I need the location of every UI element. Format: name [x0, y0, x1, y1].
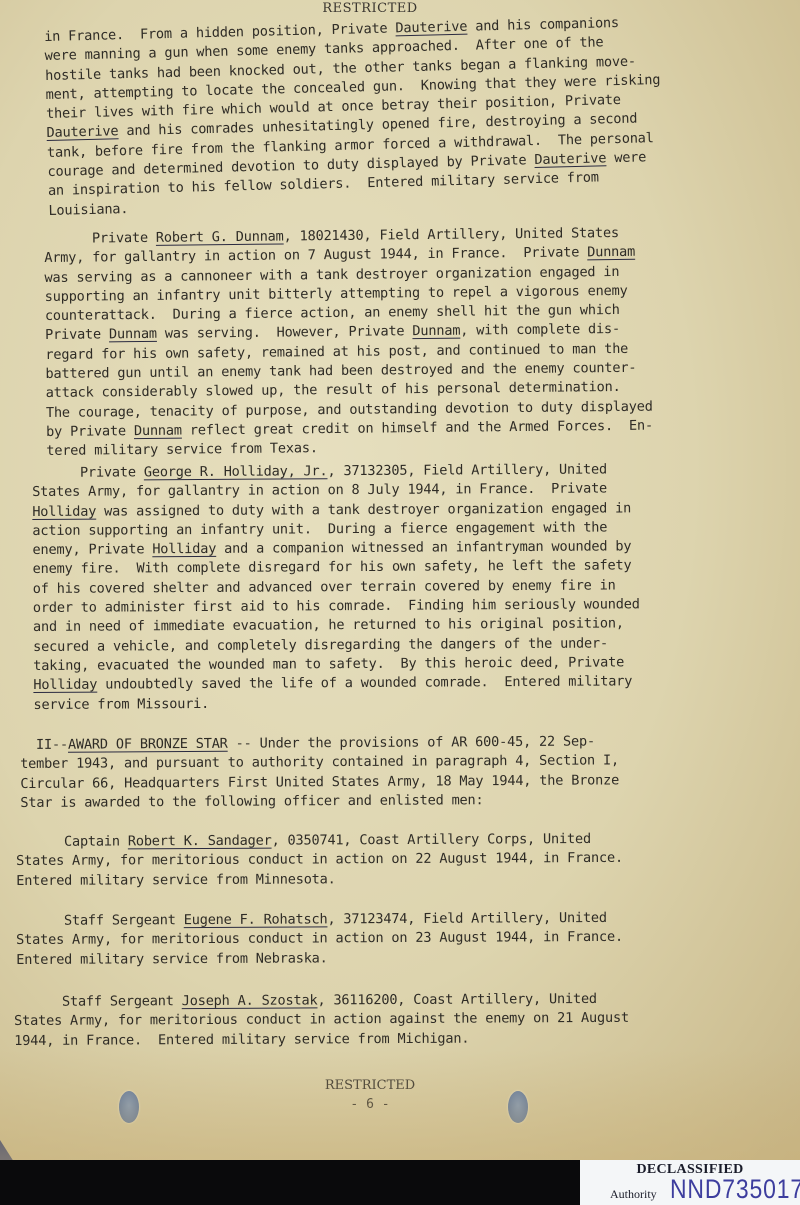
page-number: - 6 -	[0, 1097, 740, 1112]
paragraph-dunnam: Private Robert G. Dunnam, 18021430, Fiel…	[44, 222, 766, 461]
paragraph-szostak: Staff Sergeant Joseph A. Szostak, 361162…	[14, 989, 734, 1051]
underlined-name: Holliday	[152, 541, 216, 557]
underlined-name: Robert K. Sandager	[128, 833, 272, 850]
page-corner-tear	[0, 1140, 14, 1160]
text-segment: was assigned to duty with a tank destroy…	[96, 500, 631, 519]
text-segment: Private	[44, 230, 156, 247]
text-segment: Private	[32, 464, 144, 481]
paragraph-dauterive: in France. From a hidden position, Priva…	[44, 10, 768, 221]
text-segment: , with complete dis-	[460, 321, 620, 339]
text-segment: Louisiana.	[48, 201, 128, 219]
authority-label: Authority	[610, 1187, 657, 1202]
text-segment: Entered military service from Minnesota.	[16, 871, 335, 889]
underlined-name: George R. Holliday, Jr.	[144, 463, 328, 480]
underlined-name: Holliday	[33, 677, 97, 693]
underlined-name: Joseph A. Szostak	[182, 992, 318, 1009]
paragraph-sandager: Captain Robert K. Sandager, 0350741, Coa…	[16, 829, 736, 891]
text-segment: Captain	[16, 833, 128, 850]
text-segment: States Army, for meritorious conduct in …	[14, 1010, 629, 1029]
text-segment: were	[606, 149, 646, 166]
text-segment: States Army, for gallantry in action on …	[32, 481, 607, 501]
text-segment: 1944, in France. Entered military servic…	[14, 1030, 469, 1048]
text-segment: tember 1943, and pursuant to authority c…	[20, 753, 619, 773]
text-line: Entered military service from Nebraska.	[16, 947, 736, 970]
paragraph-holliday: Private George R. Holliday, Jr., 3713230…	[32, 460, 754, 715]
text-segment: by Private	[46, 423, 134, 440]
text-segment: action supporting an infantry unit. Duri…	[32, 519, 607, 539]
text-segment: , 18021430, Field Artillery, United Stat…	[284, 225, 619, 245]
underlined-name: Dauterive	[46, 124, 118, 142]
underlined-name: Dauterive	[395, 19, 467, 37]
text-line: Star is awarded to the following officer…	[20, 789, 740, 813]
text-line: service from Missouri.	[33, 691, 753, 715]
underlined-name: Dunnam	[109, 326, 157, 343]
underlined-name: Dunnam	[134, 423, 182, 440]
restricted-footer: RESTRICTED	[0, 1078, 740, 1093]
text-segment: Entered military service from Nebraska.	[16, 950, 327, 968]
authority-value: NND735017	[670, 1174, 800, 1205]
text-segment: order to administer first aid to his com…	[33, 596, 640, 616]
underlined-name: Holliday	[32, 503, 96, 519]
underlined-name: Robert G. Dunnam	[156, 228, 284, 245]
underlined-name: Dunnam	[587, 244, 635, 261]
paragraph-rohatsch: Staff Sergeant Eugene F. Rohatsch, 37123…	[16, 908, 736, 970]
text-segment: and his companions	[467, 15, 619, 35]
text-segment: and in need of immediate evacuation, he …	[33, 616, 624, 636]
text-segment: Staff Sergeant	[14, 993, 182, 1010]
text-segment: undoubtedly saved the life of a wounded …	[97, 674, 632, 693]
document-page: RESTRICTED in France. From a hidden posi…	[0, 0, 800, 1160]
declassified-stamp: DECLASSIFIED Authority NND735017	[580, 1160, 800, 1205]
underlined-name: Eugene F. Rohatsch	[184, 911, 328, 928]
text-segment: Staff Sergeant	[16, 912, 184, 929]
text-segment: service from Missouri.	[33, 695, 209, 712]
text-segment: States Army, for meritorious conduct in …	[16, 850, 623, 869]
text-segment: States Army, for meritorious conduct in …	[16, 929, 623, 948]
text-segment: Army, for gallantry in action on 7 Augus…	[44, 245, 587, 267]
text-line: Entered military service from Minnesota.	[16, 868, 736, 891]
text-segment: Circular 66, Headquarters First United S…	[20, 772, 619, 792]
text-segment: Star is awarded to the following officer…	[20, 792, 483, 811]
text-segment: , 37132305, Field Artillery, United	[327, 461, 607, 479]
text-segment: of his covered shelter and advanced over…	[33, 577, 616, 597]
text-segment: reflect great credit on himself and the …	[182, 418, 653, 439]
underlined-name: AWARD OF BRONZE STAR	[68, 736, 228, 753]
text-segment: enemy fire. With complete disregard for …	[33, 558, 632, 578]
text-segment: and a companion witnessed an infantryman…	[216, 539, 631, 558]
text-segment: was serving. However, Private	[157, 324, 413, 343]
underlined-name: Dauterive	[534, 150, 606, 168]
text-line: States Army, for meritorious conduct in …	[14, 1009, 734, 1032]
text-segment: , 36116200, Coast Artillery, United	[317, 991, 597, 1008]
text-segment: II--	[20, 737, 68, 753]
text-segment: Private	[45, 327, 109, 344]
text-segment: , 0350741, Coast Artillery Corps, United	[272, 831, 591, 849]
text-line: 1944, in France. Entered military servic…	[14, 1028, 734, 1051]
text-segment: -- Under the provisions of AR 600-45, 22…	[228, 733, 595, 751]
text-segment: taking, evacuated the wounded man to saf…	[33, 654, 624, 674]
text-segment: secured a vehicle, and completely disreg…	[33, 635, 608, 655]
paragraph-section-ii-bronze-star: II--AWARD OF BRONZE STAR -- Under the pr…	[20, 732, 740, 814]
underlined-name: Dunnam	[412, 323, 460, 340]
text-segment: enemy, Private	[32, 541, 152, 558]
text-segment: , 37123474, Field Artillery, United	[327, 910, 607, 927]
text-segment: tered military service from Texas.	[46, 440, 318, 459]
